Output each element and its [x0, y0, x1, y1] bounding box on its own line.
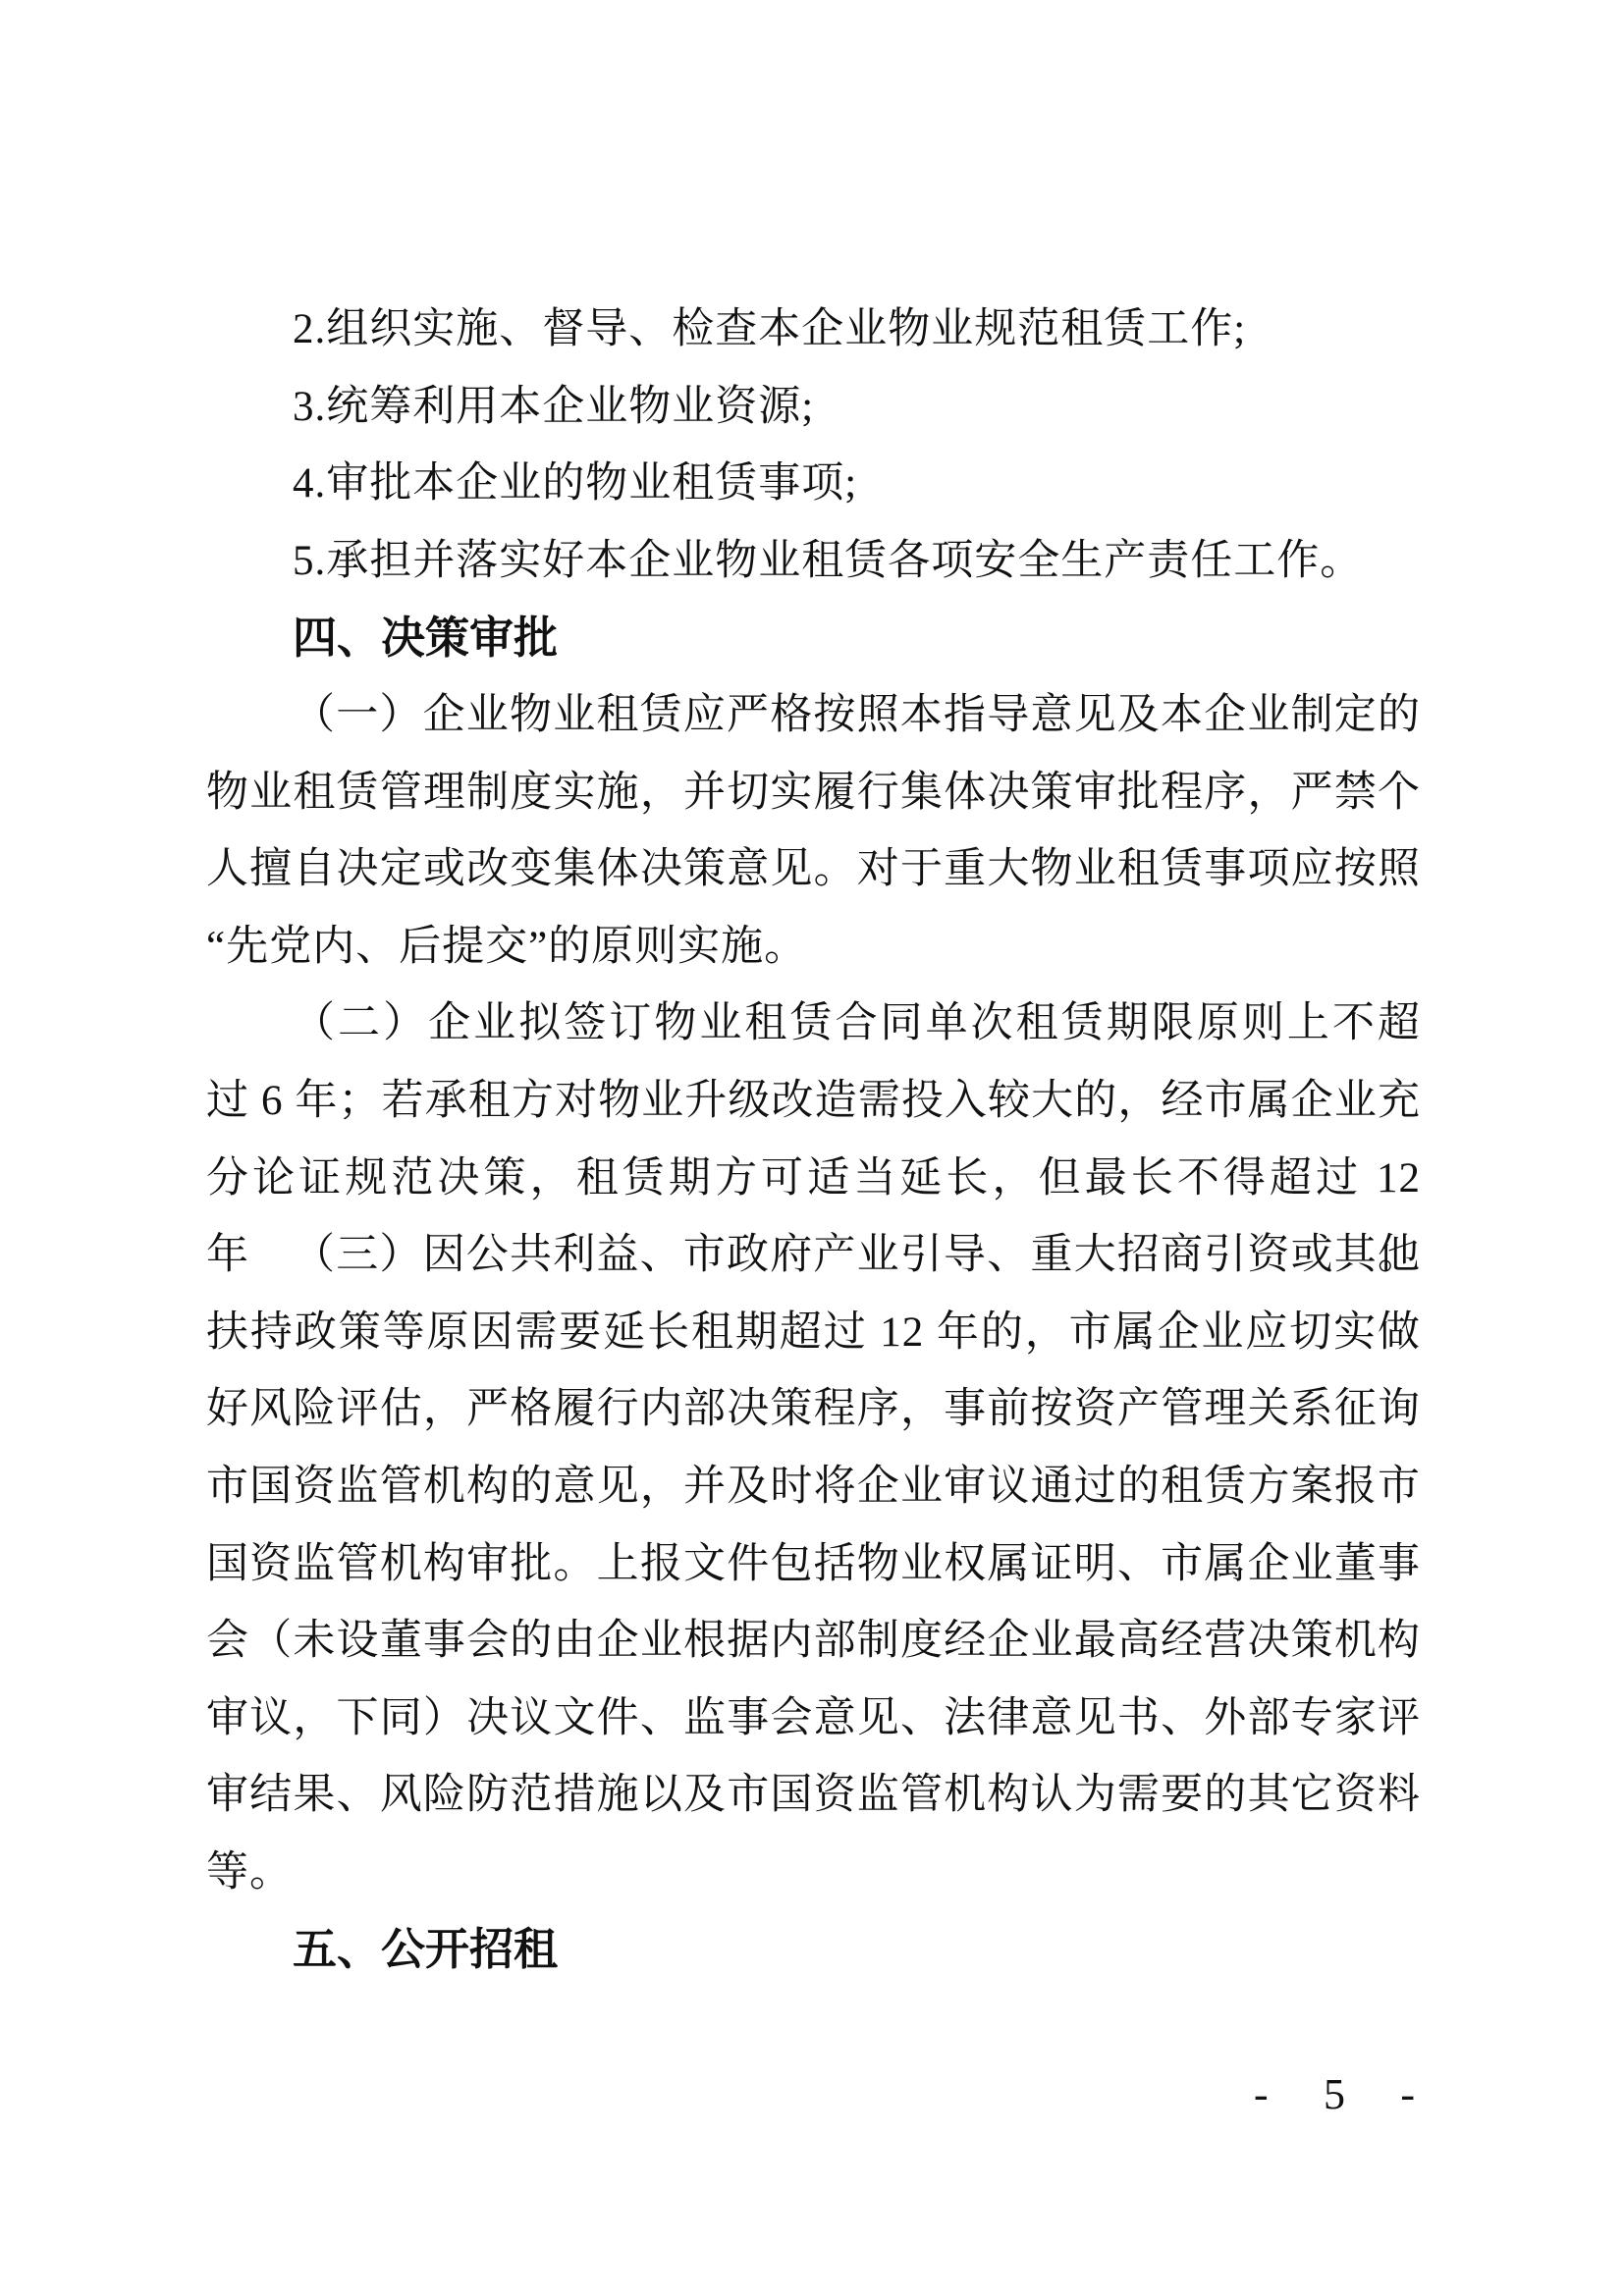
- section-heading: 四、决策审批: [206, 600, 1421, 677]
- paragraph-line: 物业租赁管理制度实施，并切实履行集体决策审批程序，严禁个: [206, 755, 1421, 832]
- paragraph-line: 扶持政策等原因需要延长租期超过 12 年的，市属企业应切实做: [206, 1295, 1421, 1372]
- paragraph-line: 国资监管机构审批。上报文件包括物业权属证明、市属企业董事: [206, 1526, 1421, 1604]
- section-heading: 五、公开招租: [206, 1911, 1421, 1989]
- document-page: 2.组织实施、督导、检查本企业物业规范租赁工作; 3.统筹利用本企业物业资源; …: [0, 0, 1623, 2296]
- paragraph-line: 分论证规范决策，租赁期方可适当延长，但最长不得超过 12 年。: [206, 1141, 1421, 1218]
- paragraph-line: （三）因公共利益、市政府产业引导、重大招商引资或其他: [206, 1217, 1421, 1295]
- page-number-value: 5: [1324, 2069, 1345, 2119]
- list-item-line: 4.审批本企业的物业租赁事项;: [206, 446, 1421, 523]
- paragraph-line: 人擅自决定或改变集体决策意见。对于重大物业租赁事项应按照: [206, 831, 1421, 909]
- paragraph-line: 审议，下同）决议文件、监事会意见、法律意见书、外部专家评: [206, 1681, 1421, 1758]
- document-body: 2.组织实施、督导、检查本企业物业规范租赁工作; 3.统筹利用本企业物业资源; …: [206, 292, 1421, 1989]
- paragraph-line: 会（未设董事会的由企业根据内部制度经企业最高经营决策机构: [206, 1603, 1421, 1681]
- page-number-right-dash: -: [1400, 2069, 1415, 2119]
- paragraph-line: 市国资监管机构的意见，并及时将企业审议通过的租赁方案报市: [206, 1449, 1421, 1526]
- paragraph-line: 等。: [206, 1835, 1421, 1912]
- list-item-line: 2.组织实施、督导、检查本企业物业规范租赁工作;: [206, 292, 1421, 369]
- list-item-line: 3.统筹利用本企业物业资源;: [206, 369, 1421, 447]
- page-number: - 5 -: [1254, 2064, 1415, 2123]
- paragraph-line: 好风险评估，严格履行内部决策程序，事前按资产管理关系征询: [206, 1371, 1421, 1449]
- page-number-left-dash: -: [1254, 2069, 1269, 2119]
- list-item-line: 5.承担并落实好本企业物业租赁各项安全生产责任工作。: [206, 523, 1421, 601]
- paragraph-line: 审结果、风险防范措施以及市国资监管机构认为需要的其它资料: [206, 1757, 1421, 1835]
- paragraph-line: （二）企业拟签订物业租赁合同单次租赁期限原则上不超: [206, 986, 1421, 1063]
- paragraph-line: 过 6 年；若承租方对物业升级改造需投入较大的，经市属企业充: [206, 1063, 1421, 1141]
- paragraph-line: “先党内、后提交”的原则实施。: [206, 909, 1421, 987]
- paragraph-line: （一）企业物业租赁应严格按照本指导意见及本企业制定的: [206, 677, 1421, 755]
